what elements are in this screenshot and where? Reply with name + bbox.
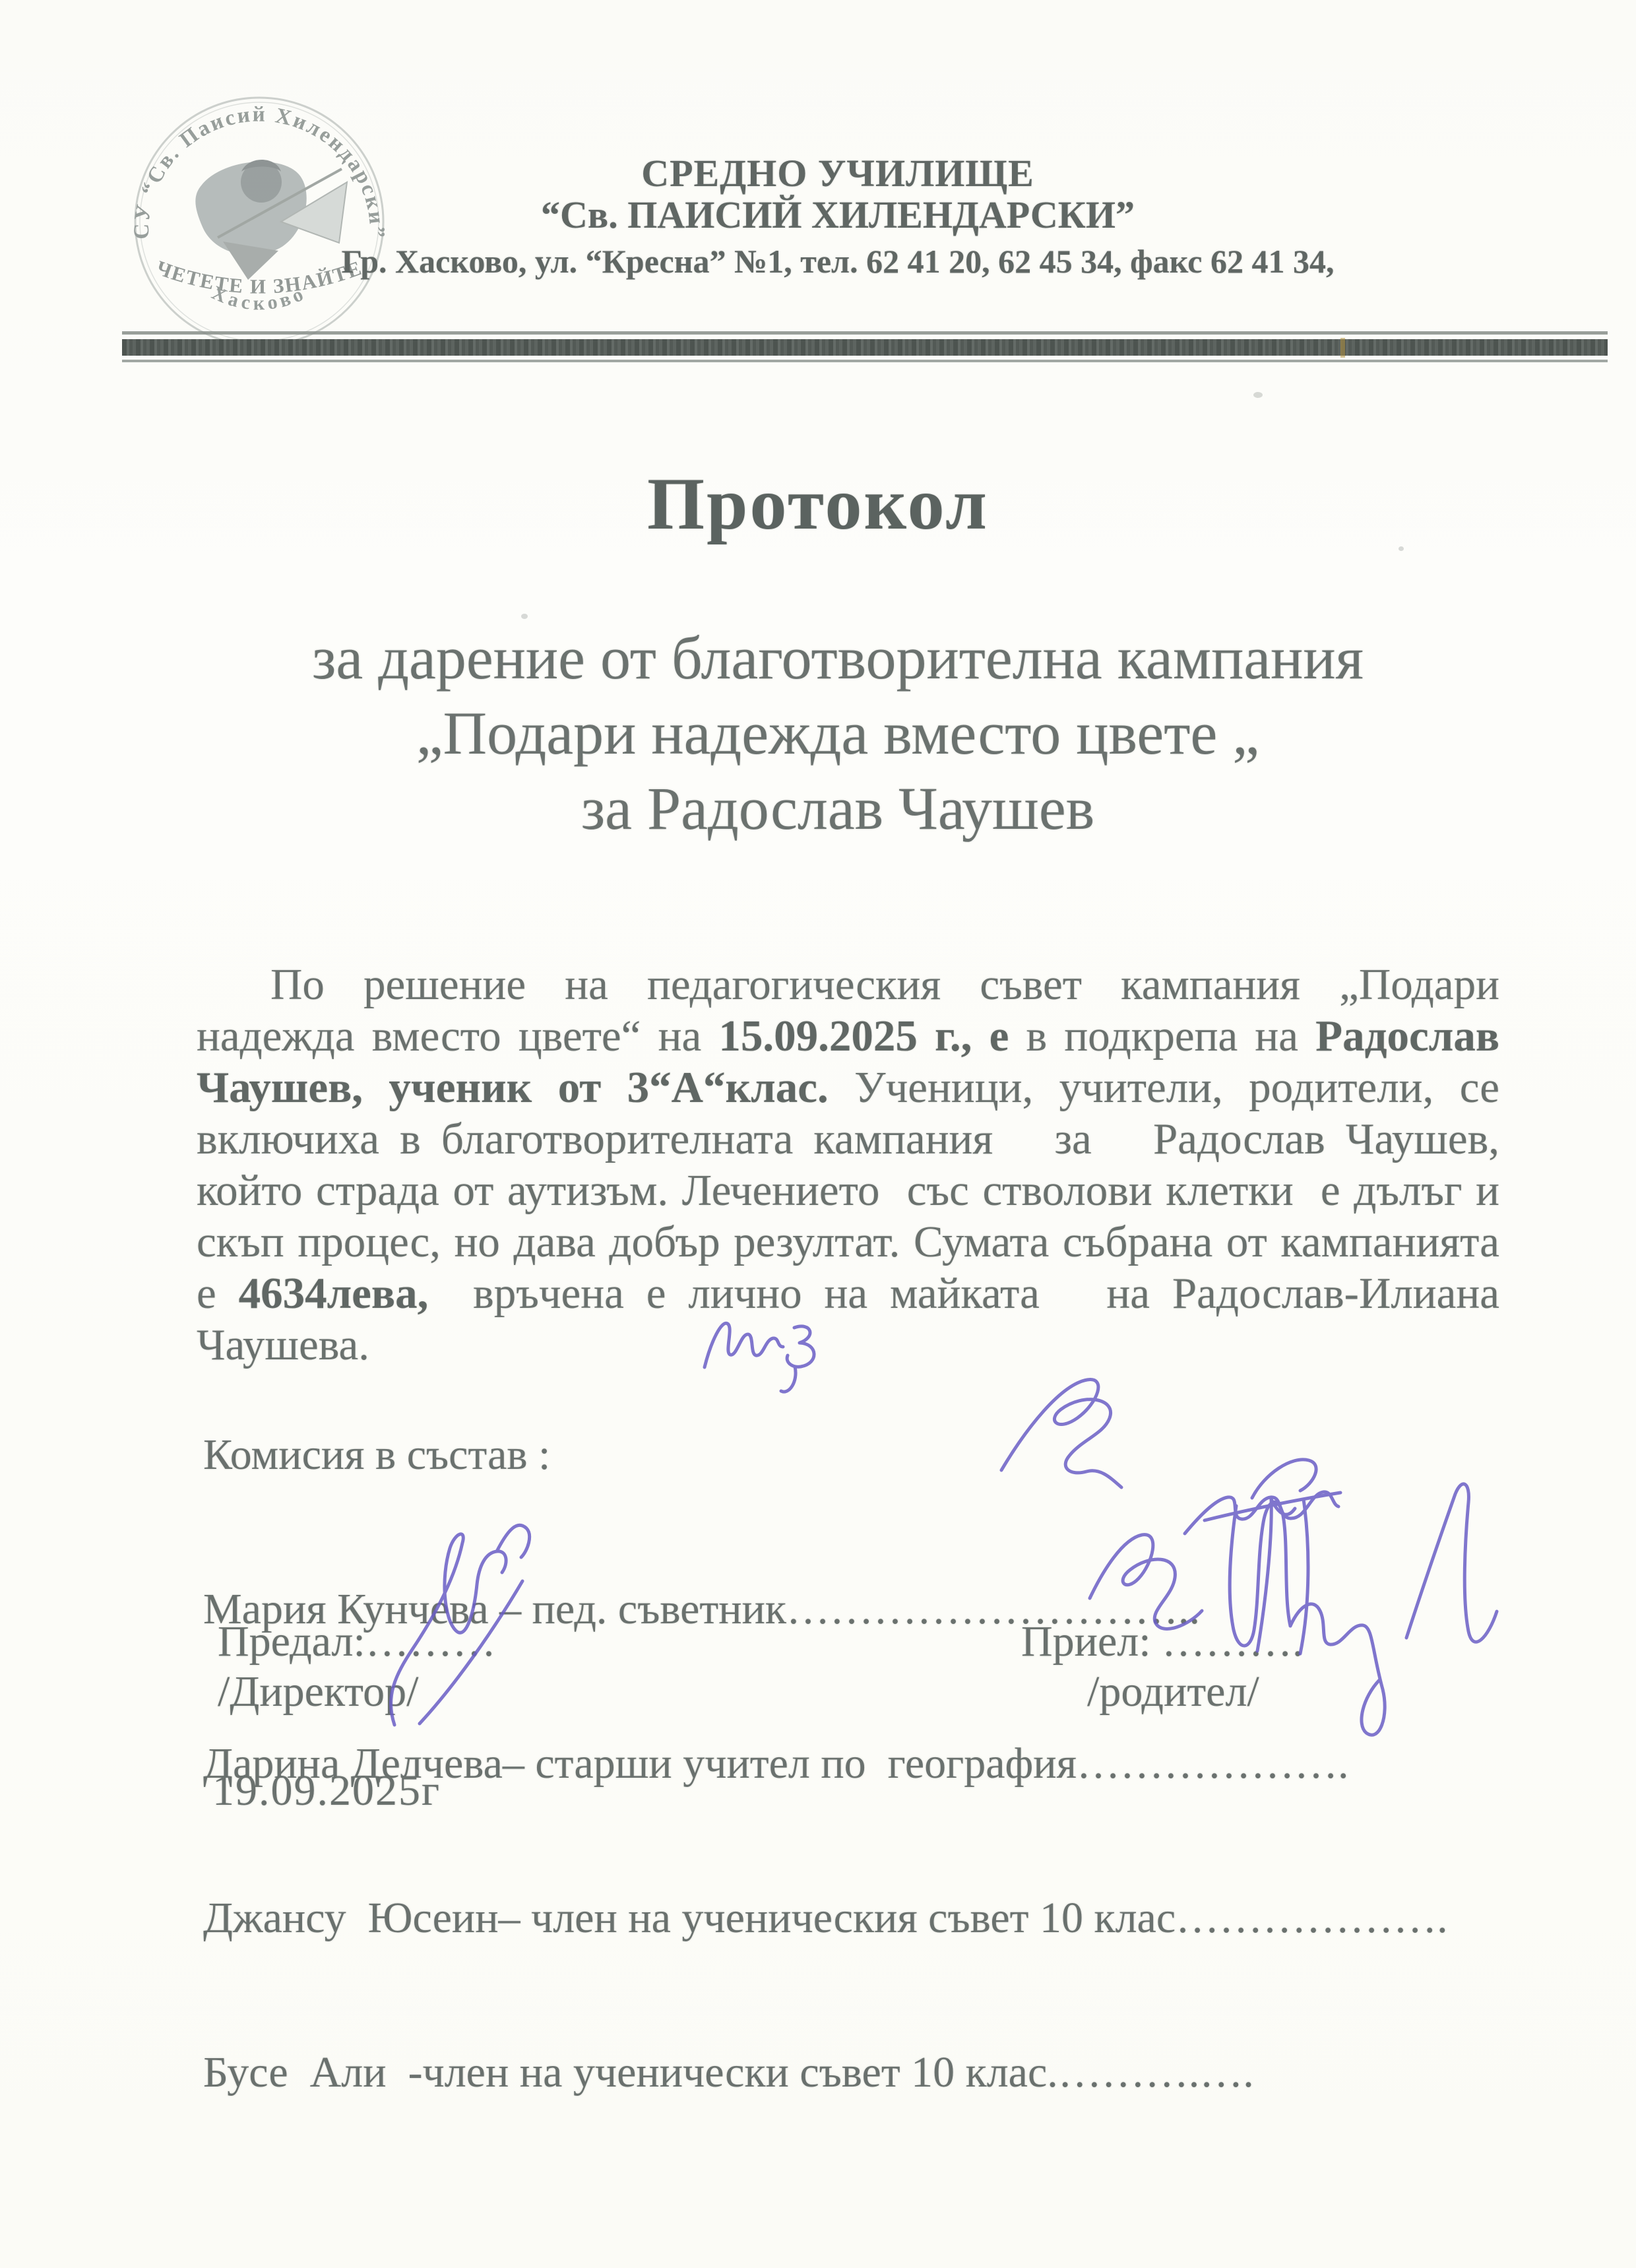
committee-section: Комисия в състав : Мария Кунчева – пед. … — [203, 1326, 1556, 2201]
subtitle-line-2: „Подари надежда вместо цвете „ — [20, 696, 1636, 771]
received-by-block: Приел: ………. /родител/ — [1021, 1617, 1304, 1717]
handed-by-block: Предал:……… /Директор/ — [218, 1617, 496, 1717]
committee-heading: Комисия в състав : — [203, 1429, 1556, 1481]
scan-speck — [521, 614, 528, 619]
body-seg-2: в подкрепа на — [1009, 1012, 1315, 1060]
scanned-document-page: СУ “Св. Паисий Хилендарски” ЧЕТЕТЕ И ЗНА… — [0, 0, 1636, 2268]
committee-member-4: Бусе Али -член на ученически съвет 10 кл… — [203, 2047, 1556, 2098]
school-name-line: “Св. ПАИСИЙ ХИЛЕНДАРСКИ” — [40, 194, 1636, 236]
header-divider-rule — [122, 331, 1608, 362]
letterhead: СРЕДНО УЧИЛИЩЕ “Св. ПАИСИЙ ХИЛЕНДАРСКИ” … — [40, 153, 1636, 281]
scan-speck — [1253, 392, 1263, 398]
document-date: 19.09.2025г — [212, 1766, 441, 1816]
school-address-line: Гр. Хасково, ул. “Кресна” №1, тел. 62 41… — [40, 242, 1636, 281]
school-type-line: СРЕДНО УЧИЛИЩЕ — [40, 153, 1636, 194]
document-subtitle: за дарение от благотворителна кампания „… — [20, 620, 1636, 846]
received-by-label: Приел: ………. — [1021, 1617, 1304, 1667]
scan-artifact-streak — [1340, 338, 1345, 358]
handed-by-label: Предал:……… — [218, 1617, 496, 1667]
scan-speck — [1399, 546, 1404, 551]
body-seg-amount: 4634лева, — [239, 1269, 429, 1318]
subtitle-line-3: за Радослав Чаушев — [20, 771, 1636, 846]
director-role-label: /Директор/ — [218, 1667, 496, 1717]
committee-member-3: Джансу Юсеин– член на ученическия съвет … — [203, 1893, 1556, 1944]
subtitle-line-1: за дарение от благотворителна кампания — [20, 620, 1636, 696]
body-paragraph: По решение на педагогическия съвет кампа… — [197, 959, 1499, 1371]
document-title: Протокол — [0, 462, 1636, 547]
body-seg-date: 15.09.2025 г., е — [718, 1012, 1009, 1060]
parent-role-label: /родител/ — [1087, 1667, 1304, 1717]
